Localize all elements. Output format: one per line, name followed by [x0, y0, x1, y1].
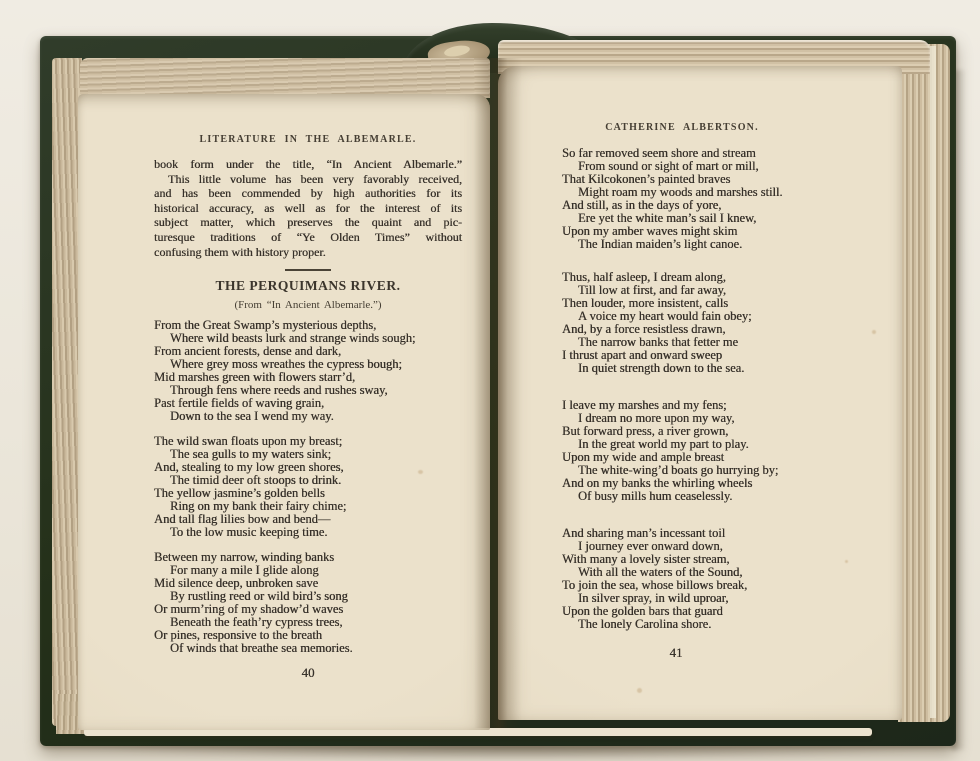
book-drop-shadow	[66, 744, 970, 760]
stanza: And sharing man’s incessant toilI journe…	[562, 527, 854, 631]
page-edges-right-highlight	[930, 46, 936, 718]
prose-line: turesque traditions of “Ye Olden Times” …	[154, 230, 462, 245]
poem-source-line: (From “In Ancient Albemarle.”)	[154, 299, 462, 311]
stanza: I leave my marshes and my fens;I dream n…	[562, 399, 854, 503]
stanza: So far removed seem shore and streamFrom…	[562, 147, 854, 251]
prose-line: historical accuracy, as well as for the …	[154, 201, 462, 216]
poem-line: Of busy mills hum ceaselessly.	[562, 490, 854, 503]
poem-right: So far removed seem shore and streamFrom…	[562, 147, 854, 631]
poem-left: From the Great Swamp’s mysterious depths…	[154, 319, 462, 655]
prose-line: confusing them with history proper.	[154, 245, 462, 260]
foxing-spot	[872, 330, 876, 334]
foxing-spot	[637, 688, 642, 693]
stanza: Between my narrow, winding banksFor many…	[154, 551, 462, 655]
poem-line: Down to the sea I wend my way.	[154, 410, 462, 423]
left-page-number: 40	[154, 665, 462, 681]
stanza: From the Great Swamp’s mysterious depths…	[154, 319, 462, 423]
page-edges-top-left	[80, 58, 490, 98]
book-gutter-shadow	[474, 58, 522, 728]
poem-line: The Indian maiden’s light canoe.	[562, 238, 854, 251]
right-page-number: 41	[530, 645, 822, 661]
right-running-header: CATHERINE ALBERTSON.	[536, 122, 828, 133]
foxing-spot	[845, 560, 848, 563]
poem-line: To the low music keeping time.	[154, 526, 462, 539]
left-running-header: LITERATURE IN THE ALBEMARLE.	[154, 134, 462, 145]
prose-line: This little volume has been very favorab…	[154, 172, 462, 187]
poem-line: Of winds that breathe sea memories.	[154, 642, 462, 655]
stanza: Thus, half asleep, I dream along,Till lo…	[562, 271, 854, 375]
stanza: The wild swan floats upon my breast;The …	[154, 435, 462, 539]
book-photo: LITERATURE IN THE ALBEMARLE. book form u…	[0, 0, 980, 761]
page-edges-right	[898, 44, 950, 722]
foxing-spot	[300, 560, 303, 563]
prose-line: subject matter, which preserves the quai…	[154, 215, 462, 230]
poem-line: In quiet strength down to the sea.	[562, 362, 854, 375]
left-page: LITERATURE IN THE ALBEMARLE. book form u…	[78, 94, 490, 730]
prose-line: and has been commended by high authoriti…	[154, 186, 462, 201]
prose-line: book form under the title, “In Ancient A…	[154, 157, 462, 172]
poem-title: THE PERQUIMANS RIVER.	[154, 278, 462, 294]
section-divider-rule	[285, 269, 331, 271]
foxing-spot	[418, 470, 423, 474]
intro-paragraphs: book form under the title, “In Ancient A…	[154, 157, 462, 259]
poem-line: The lonely Carolina shore.	[562, 618, 854, 631]
right-page: CATHERINE ALBERTSON. So far removed seem…	[498, 66, 902, 720]
